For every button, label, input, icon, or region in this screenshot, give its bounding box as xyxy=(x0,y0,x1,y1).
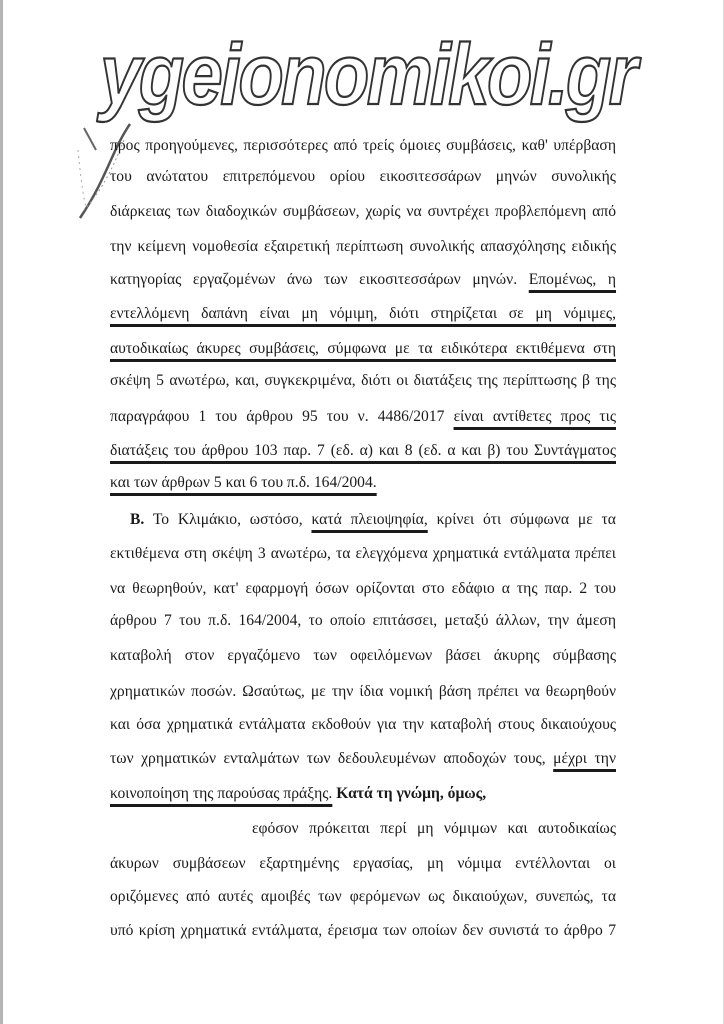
text-line-5: κατηγορίας εργαζομένων άνω των εικοσιτεσ… xyxy=(110,271,616,288)
text-line-8: σκέψη 5 ανωτέρω, και, συγκεκριμένα, διότ… xyxy=(110,372,616,389)
text-line-23: οριζόμενες από αυτές αμοιβές των φερόμεν… xyxy=(110,888,616,905)
text-line-10: διατάξεις του άρθρου 103 παρ. 7 (εδ. α) … xyxy=(110,442,616,459)
text-line-11: και των άρθρων 5 και 6 του π.δ. 164/2004… xyxy=(110,474,616,491)
text-line-1: προς προηγούμενες, περισσότερες από τρεί… xyxy=(110,137,616,154)
paragraph-b-start: Β. Το Κλιμάκιο, ωστόσο, κατά πλειοψηφία,… xyxy=(130,511,616,528)
text-line-21: εφόσον πρόκειται περί μη νόμιμων και αυτ… xyxy=(252,820,616,837)
highlight-underline: αυτοδικαίως άκυρες συμβάσεις, σύμφωνα με… xyxy=(110,340,616,357)
text-line-13: εκτιθέμενα στη σκέψη 3 ανωτέρω, τα ελεγχ… xyxy=(110,545,616,562)
text-line-19: των χρηματικών ενταλμάτων των δεδουλευμέ… xyxy=(110,750,616,767)
watermark-logo: ygeionomikoi.gr xyxy=(100,22,640,122)
text-line-3: διάρκειας των διαδοχικών συμβάσεων, χωρί… xyxy=(110,203,616,220)
highlight-underline: μέχρι την xyxy=(553,750,616,767)
highlight-underline: εντελλόμενη δαπάνη είναι μη νόμιμη, διότ… xyxy=(110,305,616,322)
text-line-6: εντελλόμενη δαπάνη είναι μη νόμιμη, διότ… xyxy=(110,305,616,322)
text-line-24: υπό κρίση χρηματικά εντάλματα, έρεισμα τ… xyxy=(110,922,616,939)
text-line-2: του ανώτατου επιτρεπόμενου ορίου εικοσιτ… xyxy=(110,168,616,185)
text-line-18: και όσα χρηματικά εντάλματα εκδοθούν για… xyxy=(110,716,616,733)
highlight-underline: είναι αντίθετες προς τις xyxy=(454,408,616,425)
text-line-17: χρηματικών ποσών. Ωσαύτως, με την ίδια ν… xyxy=(110,683,616,700)
highlight-underline: διατάξεις του άρθρου 103 παρ. 7 (εδ. α) … xyxy=(110,442,616,459)
page-edge-left xyxy=(0,0,3,1024)
text-line-16: καταβολή στον εργαζόμενο των οφειλόμενων… xyxy=(110,647,616,664)
highlight-underline: και των άρθρων 5 και 6 του π.δ. 164/2004… xyxy=(110,474,377,491)
highlight-underline: κατά πλειοψηφία, xyxy=(311,511,427,528)
text-line-22: άκυρων συμβάσεων εξαρτημένης εργασίας, μ… xyxy=(110,855,616,872)
highlight-underline: κοινοποίηση της παρούσας πράξης. xyxy=(110,785,332,802)
watermark-text: ygeionomikoi.gr xyxy=(97,27,642,123)
section-label: Β. xyxy=(130,511,144,528)
text-line-14: να θεωρηθούν, κατ' εφαρμογή όσων ορίζοντ… xyxy=(110,580,616,597)
text-line-9: παραγράφου 1 του άρθρου 95 του ν. 4486/2… xyxy=(110,408,616,425)
text-line-20: κοινοποίηση της παρούσας πράξης. Κατά τη… xyxy=(110,785,616,802)
highlight-underline: Επομένως, η xyxy=(529,271,616,288)
text-line-15: άρθρου 7 του π.δ. 164/2004, το οποίο επι… xyxy=(110,612,616,629)
text-line-4: την κείμενη νομοθεσία εξαιρετική περίπτω… xyxy=(110,238,616,255)
text-line-7: αυτοδικαίως άκυρες συμβάσεις, σύμφωνα με… xyxy=(110,340,616,357)
